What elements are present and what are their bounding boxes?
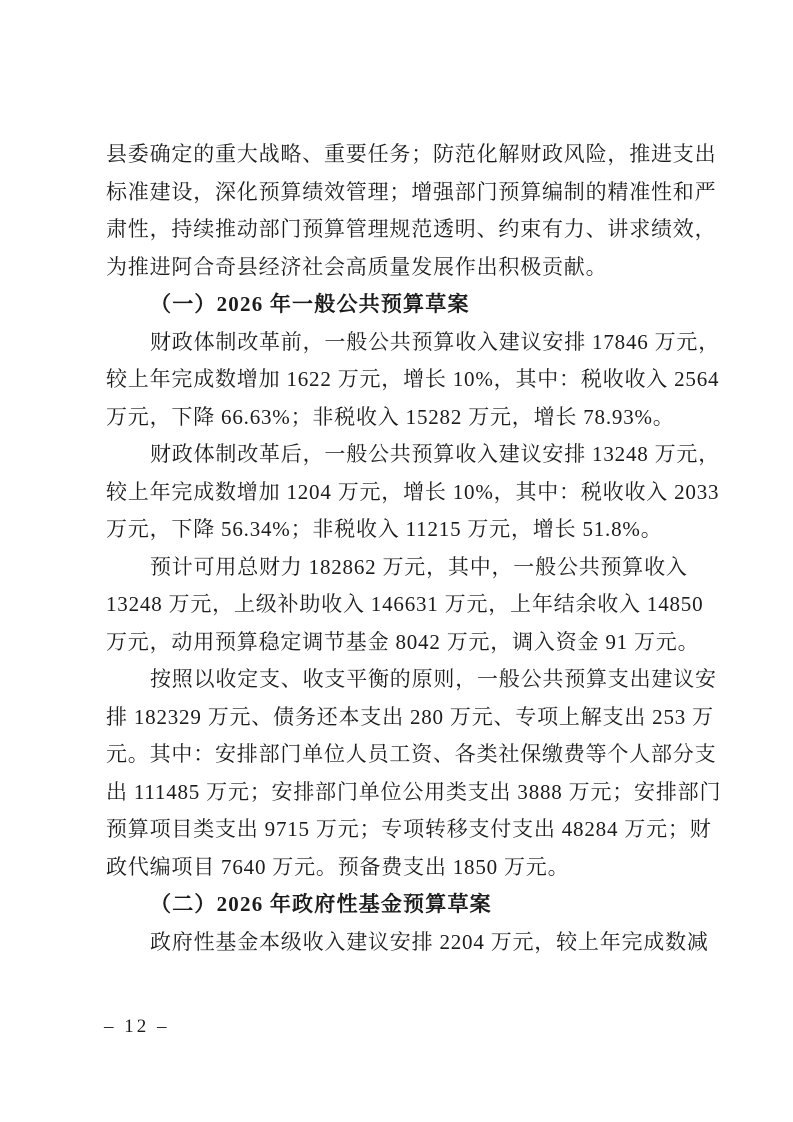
text-line: 预计可用总财力 182862 万元，其中，一般公共预算收入	[106, 549, 700, 587]
text-line: 按照以收定支、收支平衡的原则，一般公共预算支出建议安	[106, 661, 700, 699]
text-line: 预算项目类支出 9715 万元；专项转移支付支出 48284 万元；财	[106, 811, 700, 849]
page-number: – 12 –	[104, 1016, 170, 1038]
section-heading-1: （一）2026 年一般公共预算草案	[106, 286, 700, 324]
text-line: 财政体制改革前，一般公共预算收入建议安排 17846 万元，	[106, 324, 700, 362]
text-line: 较上年完成数增加 1622 万元，增长 10%，其中：税收收入 2564	[106, 361, 700, 399]
text-line: 万元，动用预算稳定调节基金 8042 万元，调入资金 91 万元。	[106, 624, 700, 662]
text-line: 财政体制改革后，一般公共预算收入建议安排 13248 万元，	[106, 436, 700, 474]
text-line: 为推进阿合奇县经济社会高质量发展作出积极贡献。	[106, 249, 700, 287]
document-body: 县委确定的重大战略、重要任务；防范化解财政风险，推进支出 标准建设，深化预算绩效…	[106, 136, 700, 961]
text-line: 政代编项目 7640 万元。预备费支出 1850 万元。	[106, 849, 700, 887]
text-line: 政府性基金本级收入建议安排 2204 万元，较上年完成数减	[106, 924, 700, 962]
text-line: 肃性，持续推动部门预算管理规范透明、约束有力、讲求绩效，	[106, 211, 700, 249]
text-line: 万元，下降 66.63%；非税收入 15282 万元，增长 78.93%。	[106, 399, 700, 437]
document-page: 县委确定的重大战略、重要任务；防范化解财政风险，推进支出 标准建设，深化预算绩效…	[0, 0, 793, 1122]
text-line: 出 111485 万元；安排部门单位公用类支出 3888 万元；安排部门	[106, 774, 700, 812]
text-line: 排 182329 万元、债务还本支出 280 万元、专项上解支出 253 万	[106, 699, 700, 737]
text-line: 13248 万元，上级补助收入 146631 万元，上年结余收入 14850	[106, 586, 700, 624]
text-line: 标准建设，深化预算绩效管理；增强部门预算编制的精准性和严	[106, 174, 700, 212]
text-line: 元。其中：安排部门单位人员工资、各类社保缴费等个人部分支	[106, 736, 700, 774]
text-line: 较上年完成数增加 1204 万元，增长 10%，其中：税收收入 2033	[106, 474, 700, 512]
text-line: 县委确定的重大战略、重要任务；防范化解财政风险，推进支出	[106, 136, 700, 174]
text-line: 万元，下降 56.34%；非税收入 11215 万元，增长 51.8%。	[106, 511, 700, 549]
section-heading-2: （二）2026 年政府性基金预算草案	[106, 886, 700, 924]
